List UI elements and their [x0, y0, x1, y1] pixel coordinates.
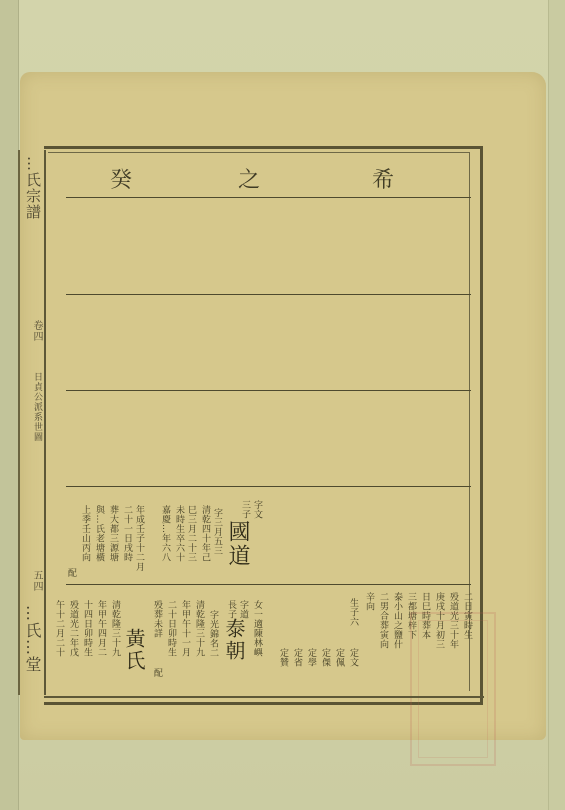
taichao-note: 殁葬未詳 — [152, 600, 161, 638]
son-name: 定學 — [306, 648, 315, 667]
taichao-spouse-marker: 配 — [152, 668, 161, 678]
adjacent-page-edge-right — [548, 0, 565, 810]
sons-count: 生子六 — [348, 598, 357, 627]
spine-section: 日貞公派系世圖 — [20, 372, 44, 442]
spine-page-number: 五四 — [20, 570, 44, 592]
guodao-note: 清乾四十年己 — [200, 505, 209, 562]
generation-char-2: 之 — [238, 163, 260, 194]
huang-note: 殁道光二年戊 — [68, 600, 77, 657]
son-name: 定傑 — [320, 648, 329, 667]
guodao-prefix-2: 字文 — [252, 500, 261, 519]
huang-note: 年甲午四月二 — [96, 600, 105, 657]
taichao-note: 清乾隆三十九 — [194, 600, 203, 657]
guodao-note: 上季壬山丙向 — [80, 505, 89, 562]
row-divider-1 — [66, 197, 471, 198]
taichao-note: 年甲午十一月 — [180, 600, 189, 657]
right-note: 二男合葬寅向 — [378, 592, 387, 649]
guodao-note: 葬大都三源塘 — [108, 505, 117, 562]
son-name: 定省 — [292, 648, 301, 667]
spine-volume: 卷四 — [20, 320, 44, 342]
huang-note: 清乾隆三十九 — [110, 600, 119, 657]
spine-hall-name: …氏…堂 — [20, 605, 44, 673]
generation-char-3: 希 — [372, 163, 394, 194]
row-divider-4 — [66, 486, 471, 487]
taichao-daughter: 女一適陳林嶼 — [252, 600, 261, 657]
row-divider-3 — [66, 390, 471, 391]
bottom-frame-rule — [44, 696, 484, 698]
spine-title: …氏宗譜 — [20, 156, 44, 220]
guodao-name: 國道 — [226, 520, 248, 568]
son-name: 定文 — [348, 648, 357, 667]
guodao-note: 嘉慶…年六八 — [160, 505, 169, 562]
guodao-note: 與…氏老塘橫 — [94, 505, 103, 562]
right-note: 辛向 — [364, 592, 373, 611]
row-divider-2 — [66, 294, 471, 295]
taichao-prefix-1: 長子 — [226, 600, 235, 619]
huang-note: 十四日卯時生 — [82, 600, 91, 657]
taichao-note: 字光錦名二 — [208, 610, 217, 658]
guodao-note: 二十一日戌時 — [122, 505, 131, 562]
guodao-prefix-1: 三子 — [240, 500, 249, 519]
taichao-prefix-2: 字道 — [238, 600, 247, 619]
guodao-note: 未時生卒六十 — [174, 505, 183, 562]
generation-char-1: 癸 — [110, 163, 132, 194]
guodao-note: 巳三月二十三 — [186, 505, 195, 562]
son-name: 定贊 — [278, 648, 287, 667]
right-note: 泰小山之鹽什 — [392, 592, 401, 649]
huang-note: 午十二月二十 — [54, 600, 63, 657]
library-seal-stamp — [410, 612, 496, 766]
row-divider-5 — [66, 584, 471, 585]
adjacent-page-edge-left — [0, 0, 19, 810]
taichao-note: 二十日卯時生 — [166, 600, 175, 657]
guodao-note: 年成壬子十二月 — [134, 505, 143, 572]
huang-name: 黃氏 — [124, 628, 144, 672]
book-spine-margin: …氏宗譜 卷四 日貞公派系世圖 五四 …氏…堂 — [18, 150, 46, 695]
taichao-name: 泰朝 — [224, 618, 244, 662]
guodao-note: 字三月五三 — [212, 508, 221, 556]
son-name: 定佩 — [334, 648, 343, 667]
guodao-spouse-marker: 配 — [66, 568, 75, 578]
